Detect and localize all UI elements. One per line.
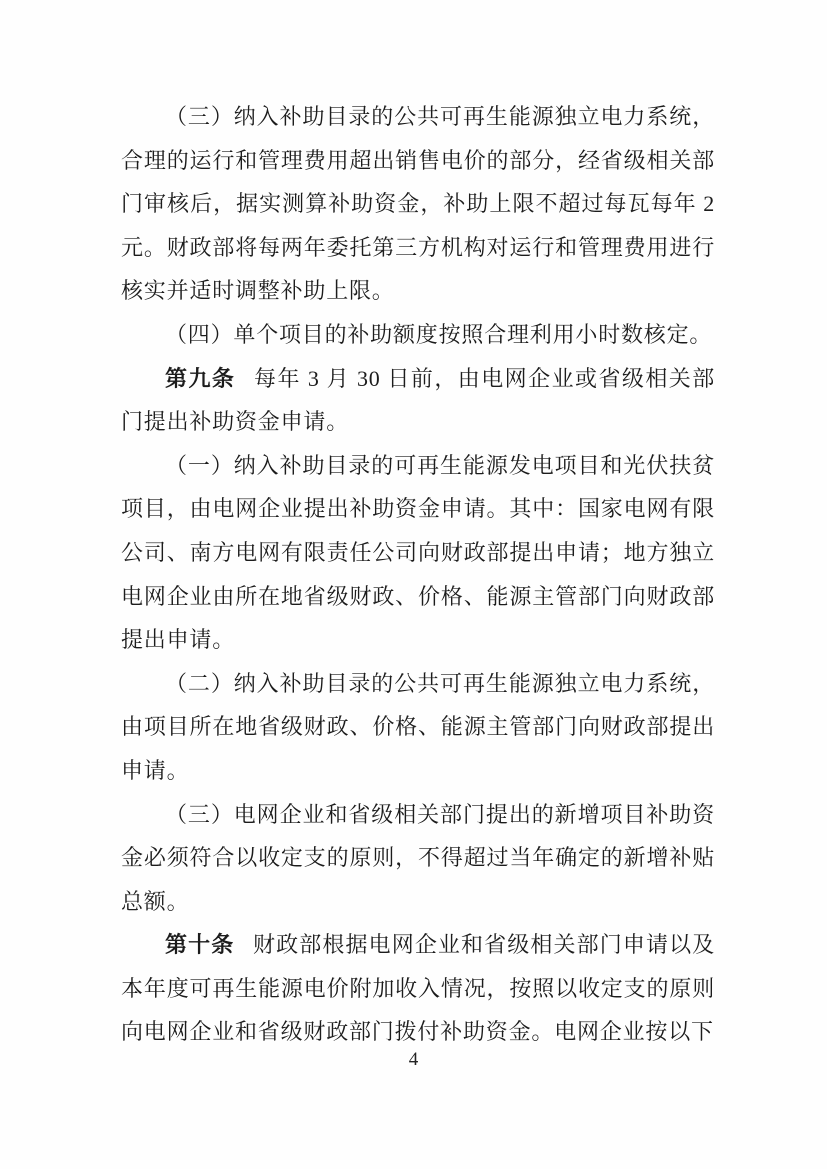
article-number-label: 第十条 (165, 932, 234, 957)
article-number-label: 第九条 (165, 366, 235, 391)
paragraph: （四）单个项目的补助额度按照合理利用小时数核定。 (121, 313, 715, 357)
paragraph: （三）电网企业和省级相关部门提出的新增项目补助资金必须符合以收定支的原则，不得超… (121, 793, 715, 924)
paragraph: （三）纳入补助目录的公共可再生能源独立电力系统，合理的运行和管理费用超出销售电价… (121, 95, 715, 313)
paragraph: （二）纳入补助目录的公共可再生能源独立电力系统，由项目所在地省级财政、价格、能源… (121, 662, 715, 793)
article-paragraph: 第九条每年 3 月 30 日前，由电网企业或省级相关部门提出补助资金申请。 (121, 357, 715, 444)
page-number: 4 (0, 1048, 827, 1072)
article-paragraph: 第十条财政部根据电网企业和省级相关部门申请以及本年度可再生能源电价附加收入情况，… (121, 923, 715, 1054)
document-body: （三）纳入补助目录的公共可再生能源独立电力系统，合理的运行和管理费用超出销售电价… (121, 95, 715, 1054)
paragraph: （一）纳入补助目录的可再生能源发电项目和光伏扶贫项目，由电网企业提出补助资金申请… (121, 444, 715, 662)
document-page: （三）纳入补助目录的公共可再生能源独立电力系统，合理的运行和管理费用超出销售电价… (0, 0, 827, 1169)
